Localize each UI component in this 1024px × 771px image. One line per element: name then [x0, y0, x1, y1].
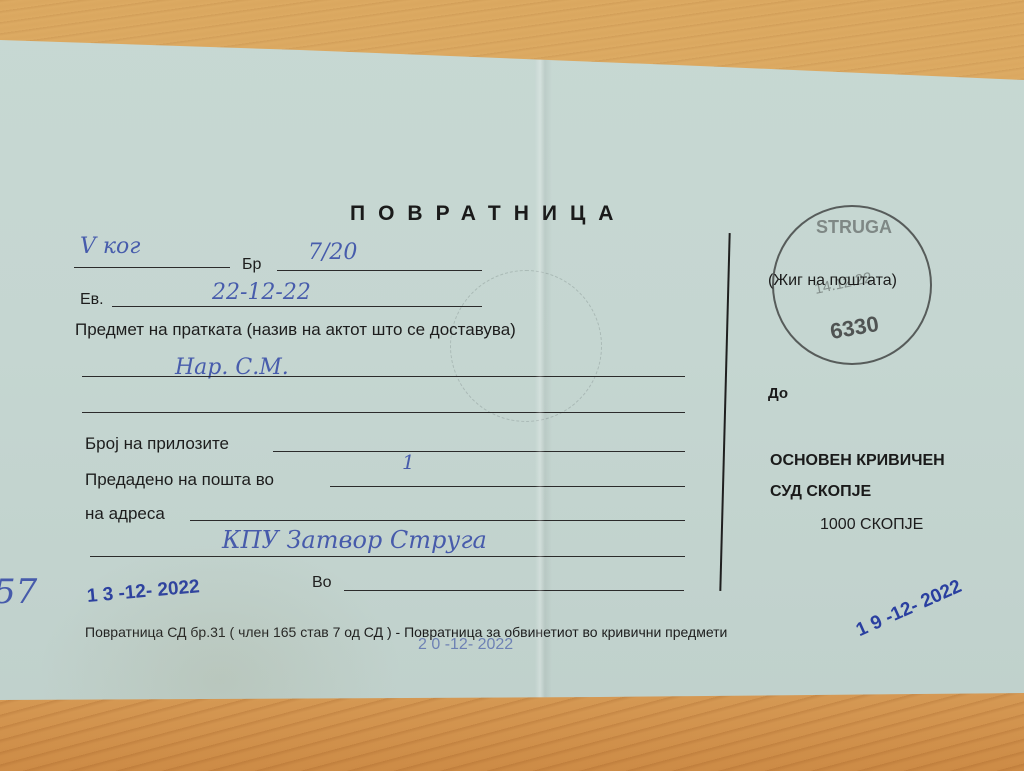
- footer-text: Повратница СД бр.31 ( член 165 став 7 од…: [85, 624, 727, 640]
- return-receipt-form: ПОВРАТНИЦА V ког Бр 7/20 Ев. 22-12-22 Пр…: [0, 0, 1024, 771]
- br-label: Бр: [242, 256, 261, 274]
- address-line-1: [190, 520, 685, 521]
- form-title: ПОВРАТНИЦА: [350, 202, 626, 226]
- address-line-2: [90, 556, 685, 557]
- postmark-code: 6330: [828, 311, 881, 345]
- attachments-label: Број на прилозите: [85, 434, 229, 454]
- subject-line-2: [82, 412, 685, 413]
- posted-line: [330, 486, 685, 487]
- date-stamp-right: 1 9 -12- 2022: [853, 576, 965, 642]
- ev-line: [112, 306, 482, 307]
- address-label: на адреса: [85, 504, 165, 524]
- margin-handwriting: 57: [0, 572, 37, 612]
- date-stamp-center: 2 0 -12- 2022: [418, 636, 513, 654]
- to-label: До: [768, 385, 788, 402]
- address-value: КПУ Затвор Струга: [222, 526, 487, 554]
- in-label: Во: [312, 574, 332, 592]
- posted-label: Предадено на пошта во: [85, 470, 274, 490]
- reference-line: [74, 267, 230, 268]
- postmark-city: STRUGA: [816, 217, 892, 238]
- br-line: [277, 270, 482, 271]
- in-line: [344, 590, 684, 591]
- recipient-line-2: СУД СКОПЈЕ: [770, 483, 871, 501]
- postmark-caption: (Жиг на поштата): [768, 272, 897, 290]
- recipient-line-3: 1000 СКОПЈЕ: [820, 516, 923, 534]
- ev-label: Ев.: [80, 291, 104, 309]
- subject-line-1: [82, 376, 685, 377]
- handwritten-reference: V ког: [80, 234, 140, 259]
- recipient-line-1: ОСНОВЕН КРИВИЧЕН: [770, 452, 945, 470]
- br-value: 7/20: [308, 240, 357, 265]
- subject-label: Предмет на пратката (назив на актот што …: [75, 320, 516, 340]
- vertical-divider: [719, 233, 730, 591]
- wooden-table-surface: [0, 690, 1024, 771]
- date-stamp-left: 1 3 -12- 2022: [86, 576, 201, 608]
- faint-stamp-impression: [450, 270, 602, 422]
- ev-value: 22-12-22: [212, 280, 311, 305]
- attachments-line: [273, 451, 685, 452]
- attachments-value: 1: [402, 450, 415, 474]
